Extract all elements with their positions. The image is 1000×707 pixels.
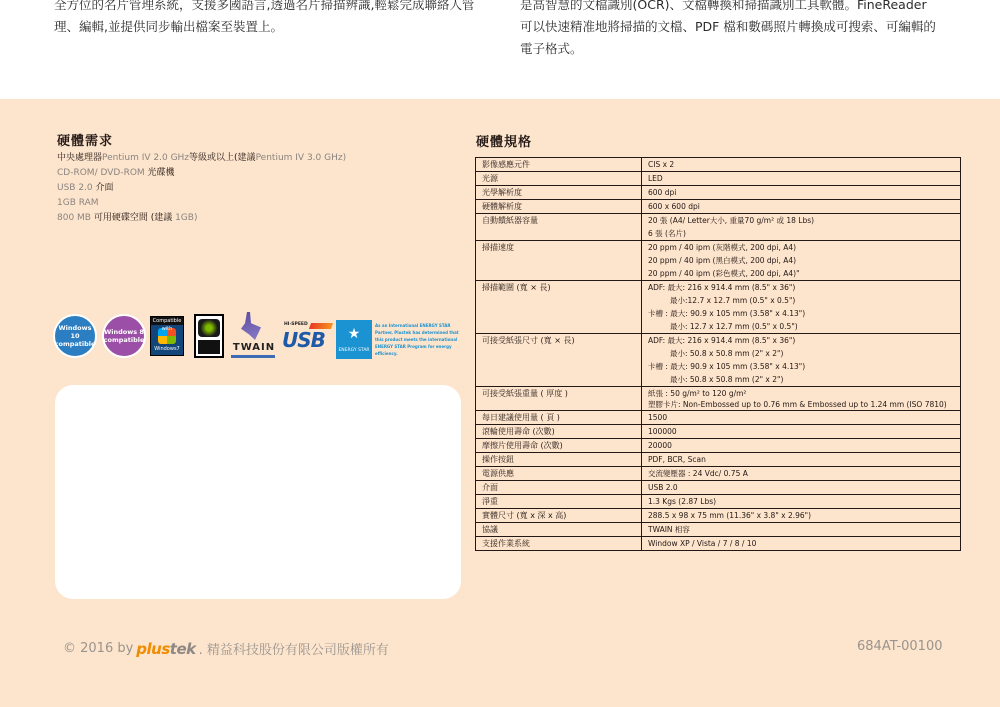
certification-logos: Windows 10compatible Windows 8compatible… bbox=[53, 312, 473, 362]
spec-row: 自動饋紙器容量20 張 (A4/ Letter大小, 重量70 g/m² 或 1… bbox=[476, 214, 961, 241]
spec-label: 滾輪使用壽命 (次數) bbox=[476, 425, 642, 439]
spec-label: 電源供應 bbox=[476, 467, 642, 481]
spec-value-line: CIS x 2 bbox=[648, 158, 954, 171]
specs-section: 硬體需求 中央處理器Pentium IV 2.0 GHz等級或以上(建議Pent… bbox=[0, 99, 1000, 707]
spec-row: 協議TWAIN 相容 bbox=[476, 523, 961, 537]
spec-label: 支援作業系統 bbox=[476, 537, 642, 551]
spec-label: 操作按鈕 bbox=[476, 453, 642, 467]
spec-value-line: USB 2.0 bbox=[648, 481, 954, 494]
spec-label: 光學解析度 bbox=[476, 186, 642, 200]
spec-value: LED bbox=[642, 172, 961, 186]
spec-value-line: 最小: 50.8 x 50.8 mm (2" x 2") bbox=[648, 347, 954, 360]
spec-value-line: LED bbox=[648, 172, 954, 185]
spec-label: 可接受紙張重量 ( 厚度 ) bbox=[476, 387, 642, 411]
spec-value-line: 卡槽 : 最大: 90.9 x 105 mm (3.58" x 4.13") bbox=[648, 360, 954, 373]
windows-7-compatible-logo: Compatible with Windows7 bbox=[150, 316, 184, 356]
intro-scan-software-text: 全方位的名片管理系統，支援多國語言,透過名片掃描辨識,輕鬆完成聯絡人管 理、編輯… bbox=[54, 0, 494, 38]
spec-row: 硬體解析度600 x 600 dpi bbox=[476, 200, 961, 214]
spec-value-line: 600 x 600 dpi bbox=[648, 200, 954, 213]
spec-value-line: 1.3 Kgs (2.87 Lbs) bbox=[648, 495, 954, 508]
spec-value: 288.5 x 98 x 75 mm (11.36" x 3.8" x 2.96… bbox=[642, 509, 961, 523]
spec-label: 介面 bbox=[476, 481, 642, 495]
spec-label: 摩擦片使用壽命 (次數) bbox=[476, 439, 642, 453]
intro-line: 全方位的名片管理系統，支援多國語言,透過名片掃描辨識,輕鬆完成聯絡人管 bbox=[54, 0, 494, 16]
spec-value-line: 紙張 : 50 g/m² to 120 g/m² bbox=[648, 387, 954, 400]
spec-label: 協議 bbox=[476, 523, 642, 537]
spec-value-line: 卡槽 : 最大: 90.9 x 105 mm (3.58" x 4.13") bbox=[648, 307, 954, 320]
spec-value: 600 dpi bbox=[642, 186, 961, 200]
spec-row: 淨重1.3 Kgs (2.87 Lbs) bbox=[476, 495, 961, 509]
intro-line: 理、編輯,並提供同步輸出檔案至裝置上。 bbox=[54, 16, 494, 38]
spec-value-line: 最小: 50.8 x 50.8 mm (2" x 2") bbox=[648, 373, 954, 386]
windows-vista-logo bbox=[194, 314, 224, 358]
intro-line: 電子格式。 bbox=[520, 38, 960, 60]
spec-label: 淨重 bbox=[476, 495, 642, 509]
hardware-requirements-title: 硬體需求 bbox=[57, 130, 113, 149]
spec-value-line: 20 ppm / 40 ipm (黑白模式, 200 dpi, A4) bbox=[648, 254, 954, 267]
spec-row: 滾輪使用壽命 (次數)100000 bbox=[476, 425, 961, 439]
spec-value: USB 2.0 bbox=[642, 481, 961, 495]
intro-section: 全方位的名片管理系統，支援多國語言,透過名片掃描辨識,輕鬆完成聯絡人管 理、編輯… bbox=[0, 0, 1000, 99]
spec-value: 20 張 (A4/ Letter大小, 重量70 g/m² 或 18 Lbs)6… bbox=[642, 214, 961, 241]
energy-star-statement: As an International ENERGY STAR Partner,… bbox=[375, 322, 467, 357]
hardware-specs-title: 硬體規格 bbox=[476, 131, 532, 150]
energy-star-icon: ★ bbox=[336, 320, 372, 348]
spec-label: 掃描速度 bbox=[476, 241, 642, 281]
intro-ocr-software-text: 是高智慧的文檔識別(OCR)、文檔轉換和掃描識別工具軟體。FineReader … bbox=[520, 0, 960, 60]
copyright-text: © 2016 by bbox=[63, 641, 133, 656]
plustek-logo: plustek bbox=[136, 640, 195, 658]
spec-value-line: ADF: 最大: 216 x 914.4 mm (8.5" x 36") bbox=[648, 281, 954, 294]
intro-line: 可以快速精准地將掃描的文檔、PDF 檔和數碼照片轉換成可搜索、可編輯的 bbox=[520, 16, 960, 38]
spec-value: 20 ppm / 40 ipm (灰階模式, 200 dpi, A4)20 pp… bbox=[642, 241, 961, 281]
spec-label: 影像感應元件 bbox=[476, 158, 642, 172]
copyright-notice: © 2016 by plustek . 精益科技股份有限公司版權所有 bbox=[63, 639, 389, 658]
spec-row: 每日建議使用量 ( 頁 )1500 bbox=[476, 411, 961, 425]
spec-label: 每日建議使用量 ( 頁 ) bbox=[476, 411, 642, 425]
spec-value: ADF: 最大: 216 x 914.4 mm (8.5" x 36")最小:1… bbox=[642, 281, 961, 334]
energy-star-logo: ★ ENERGY STAR bbox=[336, 320, 372, 359]
spec-value-line: 600 dpi bbox=[648, 186, 954, 199]
requirement-item: USB 2.0 介面 bbox=[57, 181, 346, 196]
spec-label: 硬體解析度 bbox=[476, 200, 642, 214]
spec-label: 可接受紙張尺寸 (寬 × 長) bbox=[476, 334, 642, 387]
spec-value: 交流變壓器 : 24 Vdc/ 0.75 A bbox=[642, 467, 961, 481]
spec-label: 自動饋紙器容量 bbox=[476, 214, 642, 241]
spec-row: 摩擦片使用壽命 (次數)20000 bbox=[476, 439, 961, 453]
spec-value: ADF: 最大: 216 x 914.4 mm (8.5" x 36")最小: … bbox=[642, 334, 961, 387]
spec-value-line: 20 張 (A4/ Letter大小, 重量70 g/m² 或 18 Lbs) bbox=[648, 214, 954, 227]
spec-value: Window XP / Vista / 7 / 8 / 10 bbox=[642, 537, 961, 551]
spec-row: 實體尺寸 (寬 x 深 x 高)288.5 x 98 x 75 mm (11.3… bbox=[476, 509, 961, 523]
spec-row: 支援作業系統Window XP / Vista / 7 / 8 / 10 bbox=[476, 537, 961, 551]
spec-value-line: ADF: 最大: 216 x 914.4 mm (8.5" x 36") bbox=[648, 334, 954, 347]
spec-value-line: 20000 bbox=[648, 439, 954, 452]
spec-value-line: 塑膠卡片: Non-Embossed up to 0.76 mm & Embos… bbox=[648, 400, 954, 410]
spec-value: PDF, BCR, Scan bbox=[642, 453, 961, 467]
spec-value-line: 1500 bbox=[648, 411, 954, 424]
spec-row: 電源供應交流變壓器 : 24 Vdc/ 0.75 A bbox=[476, 467, 961, 481]
spec-row: 掃描速度20 ppm / 40 ipm (灰階模式, 200 dpi, A4)2… bbox=[476, 241, 961, 281]
requirement-item: 1GB RAM bbox=[57, 196, 346, 211]
spec-value-line: 100000 bbox=[648, 425, 954, 438]
spec-value: CIS x 2 bbox=[642, 158, 961, 172]
spec-value-line: 20 ppm / 40 ipm (彩色模式, 200 dpi, A4)" bbox=[648, 267, 954, 280]
spec-row: 操作按鈕PDF, BCR, Scan bbox=[476, 453, 961, 467]
windows-orb-icon bbox=[198, 319, 220, 337]
spec-value: 1500 bbox=[642, 411, 961, 425]
spec-label: 光源 bbox=[476, 172, 642, 186]
twain-icon bbox=[241, 312, 261, 340]
spec-label: 實體尺寸 (寬 x 深 x 高) bbox=[476, 509, 642, 523]
spec-row: 掃描範圍 (寬 × 長)ADF: 最大: 216 x 914.4 mm (8.5… bbox=[476, 281, 961, 334]
spec-value-line: Window XP / Vista / 7 / 8 / 10 bbox=[648, 537, 954, 550]
spec-row: 介面USB 2.0 bbox=[476, 481, 961, 495]
spec-value: 100000 bbox=[642, 425, 961, 439]
spec-value-line: 最小: 12.7 x 12.7 mm (0.5" x 0.5") bbox=[648, 320, 954, 333]
spec-value-line: 交流變壓器 : 24 Vdc/ 0.75 A bbox=[648, 467, 954, 480]
spec-row: 影像感應元件CIS x 2 bbox=[476, 158, 961, 172]
requirement-item: CD-ROM/ DVD-ROM 光碟機 bbox=[57, 166, 346, 181]
spec-value: 1.3 Kgs (2.87 Lbs) bbox=[642, 495, 961, 509]
spec-value: 20000 bbox=[642, 439, 961, 453]
windows-10-compatible-logo: Windows 10compatible bbox=[53, 314, 97, 358]
spec-row: 可接受紙張重量 ( 厚度 )紙張 : 50 g/m² to 120 g/m²塑膠… bbox=[476, 387, 961, 411]
hi-speed-usb-logo: HI-SPEED USB bbox=[282, 322, 332, 354]
spec-value-line: 288.5 x 98 x 75 mm (11.36" x 3.8" x 2.96… bbox=[648, 509, 954, 522]
document-code: 684AT-00100 bbox=[857, 639, 943, 654]
spec-row: 可接受紙張尺寸 (寬 × 長)ADF: 最大: 216 x 914.4 mm (… bbox=[476, 334, 961, 387]
intro-line: 是高智慧的文檔識別(OCR)、文檔轉換和掃描識別工具軟體。FineReader bbox=[520, 0, 960, 16]
blank-panel bbox=[55, 385, 461, 599]
twain-logo: TWAIN bbox=[229, 312, 279, 360]
spec-value-line: TWAIN 相容 bbox=[648, 523, 954, 536]
spec-label: 掃描範圍 (寬 × 長) bbox=[476, 281, 642, 334]
windows-8-compatible-logo: Windows 8compatible bbox=[102, 314, 146, 358]
spec-row: 光源LED bbox=[476, 172, 961, 186]
spec-value-line: 6 張 (名片) bbox=[648, 227, 954, 240]
spec-value: 600 x 600 dpi bbox=[642, 200, 961, 214]
spec-value: 紙張 : 50 g/m² to 120 g/m²塑膠卡片: Non-Emboss… bbox=[642, 387, 961, 411]
spec-value-line: 最小:12.7 x 12.7 mm (0.5" x 0.5") bbox=[648, 294, 954, 307]
hardware-requirements-list: 中央處理器Pentium IV 2.0 GHz等級或以上(建議Pentium I… bbox=[57, 151, 346, 226]
requirement-item: 中央處理器Pentium IV 2.0 GHz等級或以上(建議Pentium I… bbox=[57, 151, 346, 166]
spec-value-line: PDF, BCR, Scan bbox=[648, 453, 954, 466]
company-rights-text: . 精益科技股份有限公司版權所有 bbox=[199, 639, 389, 658]
hardware-specs-table: 影像感應元件CIS x 2光源LED光學解析度600 dpi硬體解析度600 x… bbox=[475, 157, 961, 551]
requirement-item: 800 MB 可用硬碟空間 (建議 1GB) bbox=[57, 211, 346, 226]
spec-value: TWAIN 相容 bbox=[642, 523, 961, 537]
spec-value-line: 20 ppm / 40 ipm (灰階模式, 200 dpi, A4) bbox=[648, 241, 954, 254]
spec-row: 光學解析度600 dpi bbox=[476, 186, 961, 200]
